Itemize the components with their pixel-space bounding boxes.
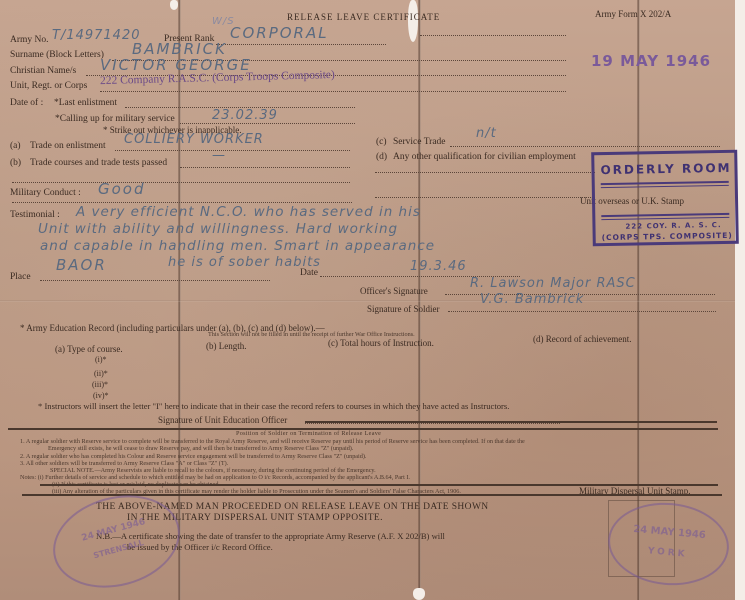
document-title: RELEASE LEAVE CERTIFICATE: [287, 12, 440, 22]
trade-on-enlistment-value: COLLIERY WORKER: [124, 132, 264, 147]
calling-up-value: 23.02.39: [212, 108, 278, 123]
trade-on-enlistment-label: Trade on enlistment: [30, 141, 106, 151]
education-col-a: (a) Type of course.: [55, 344, 123, 354]
trade-a-marker: (a): [10, 141, 21, 151]
military-conduct-label: Military Conduct :: [10, 188, 81, 198]
testimonial-line: and capable in handling men. Smart in ap…: [40, 238, 435, 254]
army-no-label: Army No.: [10, 35, 49, 45]
testimonial-line: A very efficient N.C.O. who has served i…: [76, 204, 421, 220]
trade-b-marker: (b): [10, 158, 21, 168]
testimonial-line: Unit with ability and willingness. Hard …: [38, 221, 398, 237]
position-item: 3. All other soldiers will be transferre…: [20, 460, 228, 467]
place-value: BAOR: [56, 256, 107, 274]
date-label: Date: [300, 268, 318, 278]
paper-tear: [170, 0, 178, 10]
oval-stamp-right-date: 24 MAY 1946: [611, 522, 729, 543]
form-number: Army Form X 202/A: [595, 9, 671, 19]
other-qualification-label: Any other qualification for civilian emp…: [393, 152, 576, 162]
paper-edge: [735, 0, 745, 600]
education-officer-signature-label: Signature of Unit Education Officer: [158, 415, 287, 425]
place-label: Place: [10, 272, 31, 282]
surname-label: Surname (Block Letters): [10, 50, 104, 60]
officers-signature-label: Officer's Signature: [360, 286, 428, 296]
orderly-room-title: ORDERLY ROOM: [600, 161, 731, 177]
christian-names-label: Christian Name/s: [10, 66, 76, 76]
orderly-room-stamp: ORDERLY ROOM 222 COY. R. A. S. C. (CORPS…: [591, 150, 739, 247]
date-value: 19.3.46: [410, 259, 467, 274]
education-row: (iv)*: [93, 391, 109, 400]
position-item: Emergency still exists, he will cease to…: [48, 445, 353, 452]
trade-d-marker: (d): [376, 152, 387, 162]
unit-label: Unit, Regt. or Corps: [10, 81, 87, 91]
service-trade-label: Service Trade: [393, 137, 446, 147]
trade-courses-label: Trade courses and trade tests passed: [30, 158, 167, 168]
soldier-signature-value: V.G. Bambrick: [480, 292, 584, 307]
education-subnote: This Section will not be filled in until…: [208, 331, 415, 338]
position-item: Notes: (i) Further details of service an…: [20, 474, 410, 481]
position-item: 1. A regular soldier with Reserve servic…: [20, 438, 525, 445]
army-no-value: T/14971420: [52, 28, 141, 43]
position-item: SPECIAL NOTE.—Army Reservists are liable…: [50, 467, 376, 474]
military-conduct-value: Good: [98, 180, 146, 198]
education-col-b: (b) Length.: [206, 341, 247, 351]
testimonial-line: he is of sober habits: [168, 255, 321, 270]
officers-signature-value: R. Lawson Major RASC: [470, 276, 636, 291]
last-enlistment-label: *Last enlistment: [54, 98, 117, 108]
testimonial-label: Testimonial :: [10, 210, 60, 220]
education-row: (iii)*: [92, 380, 108, 389]
position-item: 2. A regular soldier who has completed h…: [20, 453, 366, 460]
release-leave-certificate: RELEASE LEAVE CERTIFICATE Army Form X 20…: [0, 0, 745, 600]
trade-c-marker: (c): [376, 137, 387, 147]
oval-stamp-right-place: YORK: [609, 543, 726, 563]
service-trade-value: n/t: [476, 126, 497, 141]
fold-crease: [0, 300, 745, 302]
oval-stamp-left: 24 MAY 1946 STRENSALL: [43, 482, 191, 600]
date-stamp: 19 MAY 1946: [591, 52, 711, 70]
education-col-d: (d) Record of achievement.: [533, 334, 631, 344]
calling-up-label: *Calling up for military service: [55, 114, 175, 124]
orderly-room-unit: 222 COY. R. A. S. C.: [625, 221, 721, 231]
orderly-room-corps: (CORPS TPS. COMPOSITE): [602, 231, 733, 242]
present-rank-value: CORPORAL: [230, 24, 329, 42]
trade-courses-value: —: [212, 148, 226, 163]
position-heading: Position of Soldier on Termination of Re…: [236, 430, 381, 437]
instructor-note: * Instructors will insert the letter "I"…: [38, 401, 509, 411]
education-row: (ii)*: [94, 369, 108, 378]
education-col-c: (c) Total hours of Instruction.: [328, 338, 434, 348]
education-row: (i)*: [95, 355, 107, 364]
paper-tear: [413, 588, 425, 600]
soldier-signature-label: Signature of Soldier: [367, 304, 440, 314]
date-of-label: Date of :: [10, 98, 43, 108]
